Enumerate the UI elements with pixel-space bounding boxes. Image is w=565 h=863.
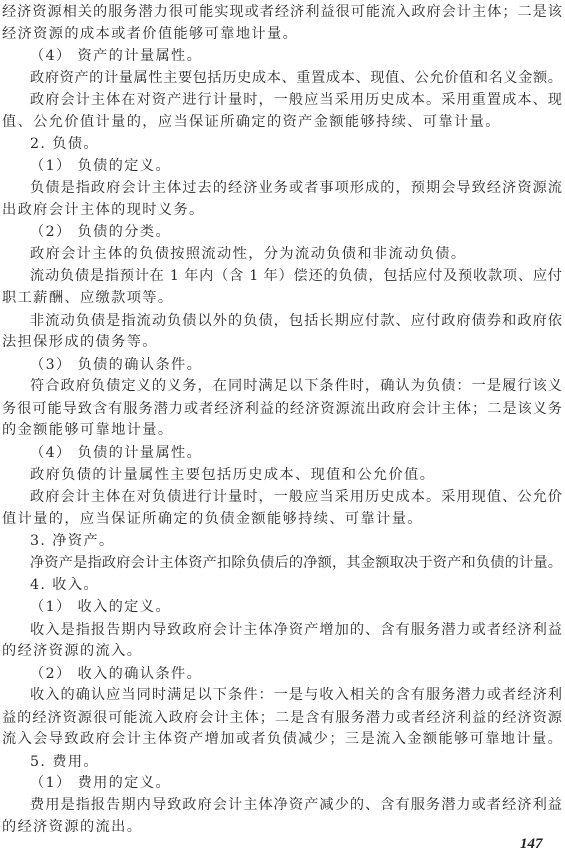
text-line: 负债是指政府会计主体过去的经济业务或者事项形成的，预期会导致经济资源流 [30,177,562,199]
text-line: 的经济资源的流出。 [2,816,562,838]
section-heading: 2. 负债。 [30,133,562,155]
section-heading: （2） 收入的确认条件。 [30,663,562,685]
text-line: 值、公允价值计量的，应当保证所确定的资产金额能够持续、可靠计量。 [2,111,562,133]
section-heading: （3） 负债的确认条件。 [30,354,562,376]
text-line: 非流动负债是指流动负债以外的负债，包括长期应付款、应付政府债券和政府依 [30,310,562,332]
text-line: 净资产是指政府会计主体资产扣除负债后的净额，其金额取决于资产和负债的计量。 [30,552,562,574]
section-heading: 4. 收入。 [30,574,562,596]
text-line: 经济资源相关的服务潜力很可能实现或者经济利益很可能流入政府会计主体；二是该 [2,1,562,23]
text-line: 值计量的，应当保证所确定的负债金额能够持续、可靠计量。 [2,508,562,530]
section-heading: 5. 费用。 [30,751,562,773]
text-line: 收入是指报告期内导致政府会计主体净资产增加的、含有服务潜力或者经济利益 [30,619,562,641]
text-line: 政府会计主体在对负债进行计量时，一般应当采用历史成本。采用现值、公允价 [30,486,562,508]
section-heading: 3. 净资产。 [30,530,562,552]
text-line: 职工薪酬、应缴款项等。 [2,287,562,309]
text-line: 收入的确认应当同时满足以下条件：一是与收入相关的含有服务潜力或者经济利 [30,684,562,706]
text-line: 益的经济资源很可能流入政府会计主体；二是含有服务潜力或者经济利益的经济资源 [2,707,562,729]
text-line: 经济资源的成本或者价值能够可靠地计量。 [2,23,562,45]
text-line: 出政府会计主体的现时义务。 [2,199,562,221]
section-heading: （4） 资产的计量属性。 [30,45,562,67]
text-line: 的经济资源的流入。 [2,640,562,662]
document-page: 经济资源相关的服务潜力很可能实现或者经济利益很可能流入政府会计主体；二是该经济资… [0,0,565,863]
section-heading: （2） 负债的分类。 [30,221,562,243]
section-heading: 政府会计主体的负债按照流动性，分为流动负债和非流动负债。 [30,243,562,265]
text-line: 政府资产的计量属性主要包括历史成本、重置成本、现值、公允价值和名义金额。 [30,67,562,89]
text-line: 符合政府负债定义的义务，在同时满足以下条件时，确认为负债：一是履行该义 [30,375,562,397]
text-line: 流动负债是指预计在 1 年内（含 1 年）偿还的负债，包括应付及预收款项、应付 [30,265,562,287]
section-heading: （1） 收入的定义。 [30,596,562,618]
text-line: 务很可能导致含有服务潜力或者经济利益的经济资源流出政府会计主体；二是该义务 [2,398,562,420]
section-heading: 政府负债的计量属性主要包括历史成本、现值和公允价值。 [30,464,562,486]
text-line: 的金额能够可靠地计量。 [2,419,562,441]
text-line: 流入会导致政府会计主体资产增加或者负债减少；三是流入金额能够可靠地计量。 [2,728,562,750]
text-line: 费用是指报告期内导致政府会计主体净资产减少的、含有服务潜力或者经济利益 [30,794,562,816]
text-line: 法担保形成的债务等。 [2,331,562,353]
section-heading: （4） 负债的计量属性。 [30,442,562,464]
page-number: 147 [520,836,543,853]
text-line: 政府会计主体在对资产进行计量时，一般应当采用历史成本。采用重置成本、现 [30,89,562,111]
section-heading: （1） 费用的定义。 [30,772,562,794]
section-heading: （1） 负债的定义。 [30,155,562,177]
